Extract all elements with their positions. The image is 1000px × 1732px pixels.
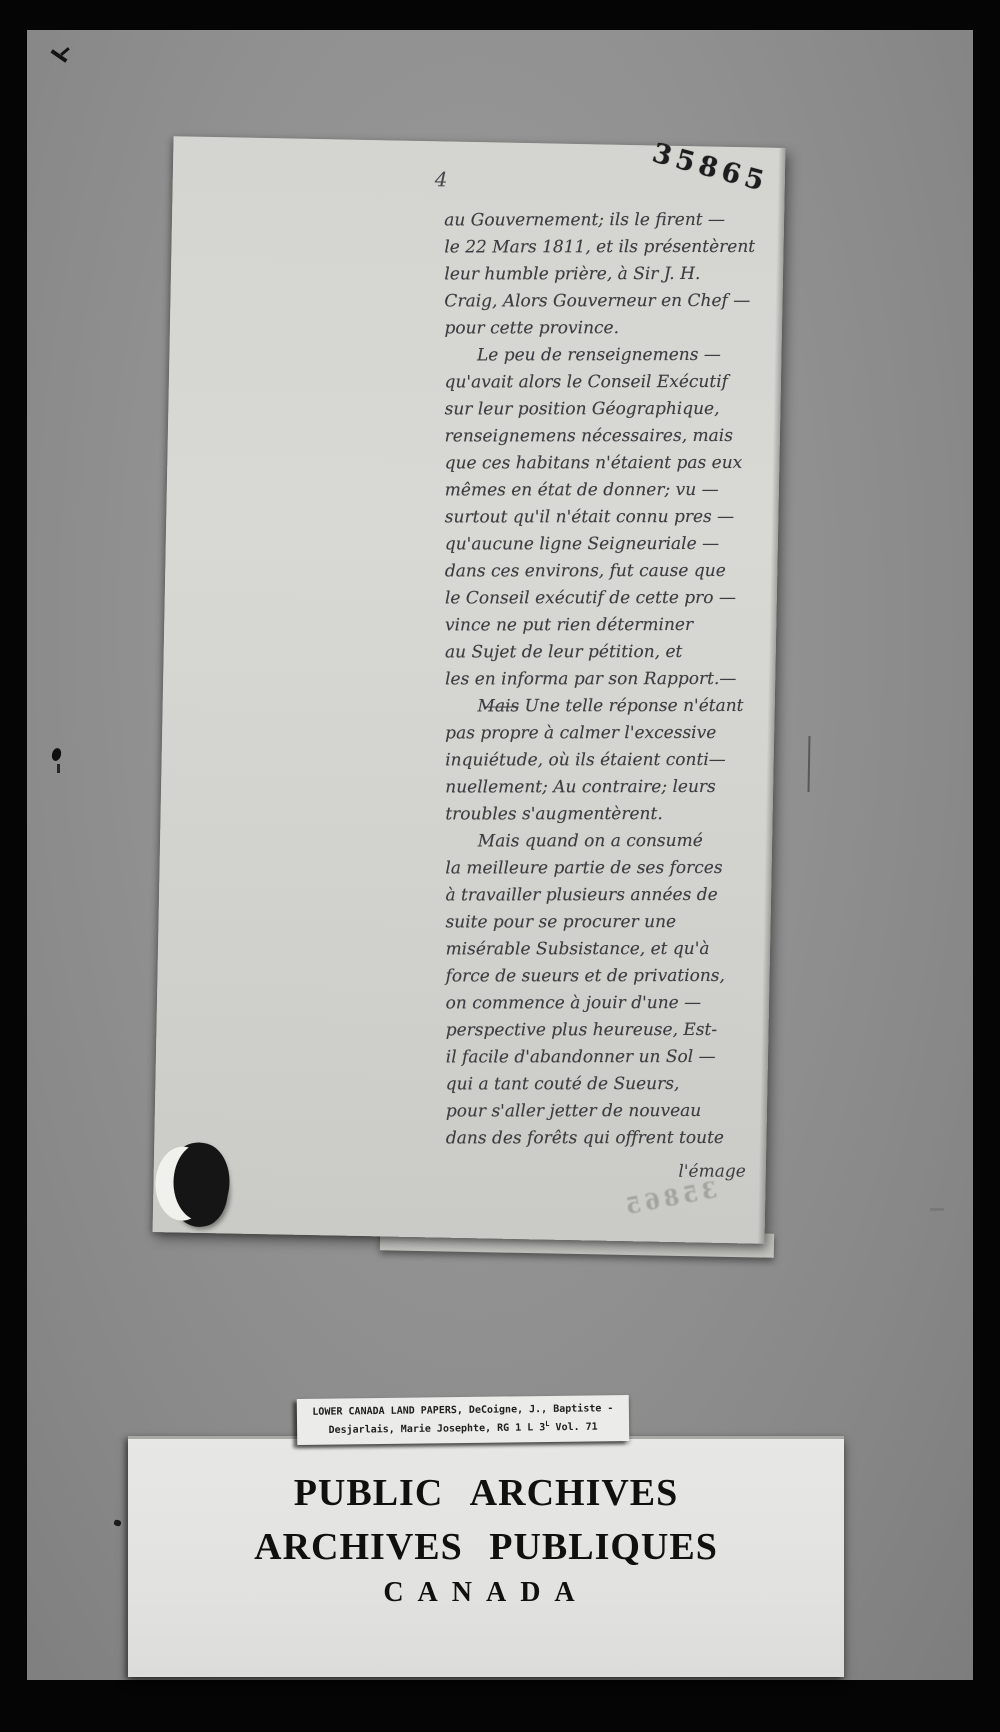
page-number: 4 [435,167,448,191]
handwriting-line: inquiétude, où ils étaient conti— [445,747,783,775]
handwriting-block: au Gouvernement; ils le firent —le 22 Ma… [444,207,784,1153]
handwriting-line: M̶a̶i̶s̶ Une telle réponse n'étant [445,693,783,721]
handwriting-line: qu'avait alors le Conseil Exécutif [445,369,783,397]
handwriting-line: le 22 Mars 1811, et ils présentèrent [444,234,782,262]
handwriting-line: Craig, Alors Gouverneur en Chef — [444,288,782,316]
handwriting-line: au Gouvernement; ils le firent — [444,207,782,235]
handwriting-line: à travailler plusieurs années de [445,882,783,910]
handwriting-line: sur leur position Géographique, [445,396,783,424]
handwriting-line: troubles s'augmentèrent. [445,801,783,829]
handwriting-line: leur humble prière, à Sir J. H. [444,261,782,289]
handwriting-line: la meilleure partie de ses forces [445,855,783,883]
handwriting-line: surtout qu'il n'était connu pres — [445,504,783,532]
handwriting-line: dans ces environs, fut cause que [445,558,783,586]
handwriting-line: pour s'aller jetter de nouveau [446,1098,784,1126]
handwriting-line: pas propre à calmer l'excessive [445,720,783,748]
handwriting-line: il facile d'abandonner un Sol — [446,1044,784,1072]
handwriting-line: suite pour se procurer une [445,909,783,937]
label-line-2-prefix: Desjarlais, Marie Josephte, RG 1 L 3 [328,1422,545,1436]
handwriting-line: dans des forêts qui offrent toute [446,1125,784,1153]
archives-title-english: PUBLIC ARCHIVES [128,1471,844,1515]
archive-number-stamp: 35865 [649,138,772,199]
label-line-2: Desjarlais, Marie Josephte, RG 1 L 3L Vo… [328,1416,597,1438]
archives-title-canada: CANADA [128,1577,844,1609]
handwriting-line: qui a tant couté de Sueurs, [446,1071,784,1099]
archives-title-french: ARCHIVES PUBLIQUES [128,1525,844,1569]
handwriting-line: misérable Subsistance, et qu'à [446,936,784,964]
handwriting-line: nuellement; Au contraire; leurs [445,774,783,802]
handwriting-line: vince ne put rien déterminer [445,612,783,640]
handwriting-line: on commence à jouir d'une — [446,990,784,1018]
handwriting-line: que ces habitans n'étaient pas eux [445,450,783,478]
handwriting-line: pour cette province. [444,315,782,343]
handwriting-line: Le peu de renseignemens — [444,342,782,370]
film-mark-right-dash [930,1208,944,1211]
torn-hole [152,1134,248,1238]
manuscript-page: 4 35865 au Gouvernement; ils le firent —… [153,136,786,1244]
ghost-stamp-offset: 35865 [620,1177,720,1221]
handwriting-line: force de sueurs et de privations, [446,963,784,991]
label-line-2-suffix: Vol. 71 [549,1422,597,1434]
handwriting-line: au Sujet de leur pétition, et [445,639,783,667]
catchword: l'émage [574,1162,746,1182]
handwriting-line: les en informa par son Rapport.— [445,666,783,694]
identification-label: LOWER CANADA LAND PAPERS, DeCoigne, J., … [297,1395,630,1445]
microfilm-frame: 4 35865 au Gouvernement; ils le firent —… [0,0,1000,1732]
handwriting-line: perspective plus heureuse, Est- [446,1017,784,1045]
handwriting-line: le Conseil exécutif de cette pro — [445,585,783,613]
archives-title-card: PUBLIC ARCHIVES ARCHIVES PUBLIQUES CANAD… [128,1436,844,1677]
handwriting-line: Mais quand on a consumé [445,828,783,856]
handwriting-line: renseignemens nécessaires, mais [445,423,783,451]
handwriting-line: qu'aucune ligne Seigneuriale — [445,531,783,559]
film-mark-left-dash [57,764,60,773]
handwriting-line: mêmes en état de donner; vu — [445,477,783,505]
